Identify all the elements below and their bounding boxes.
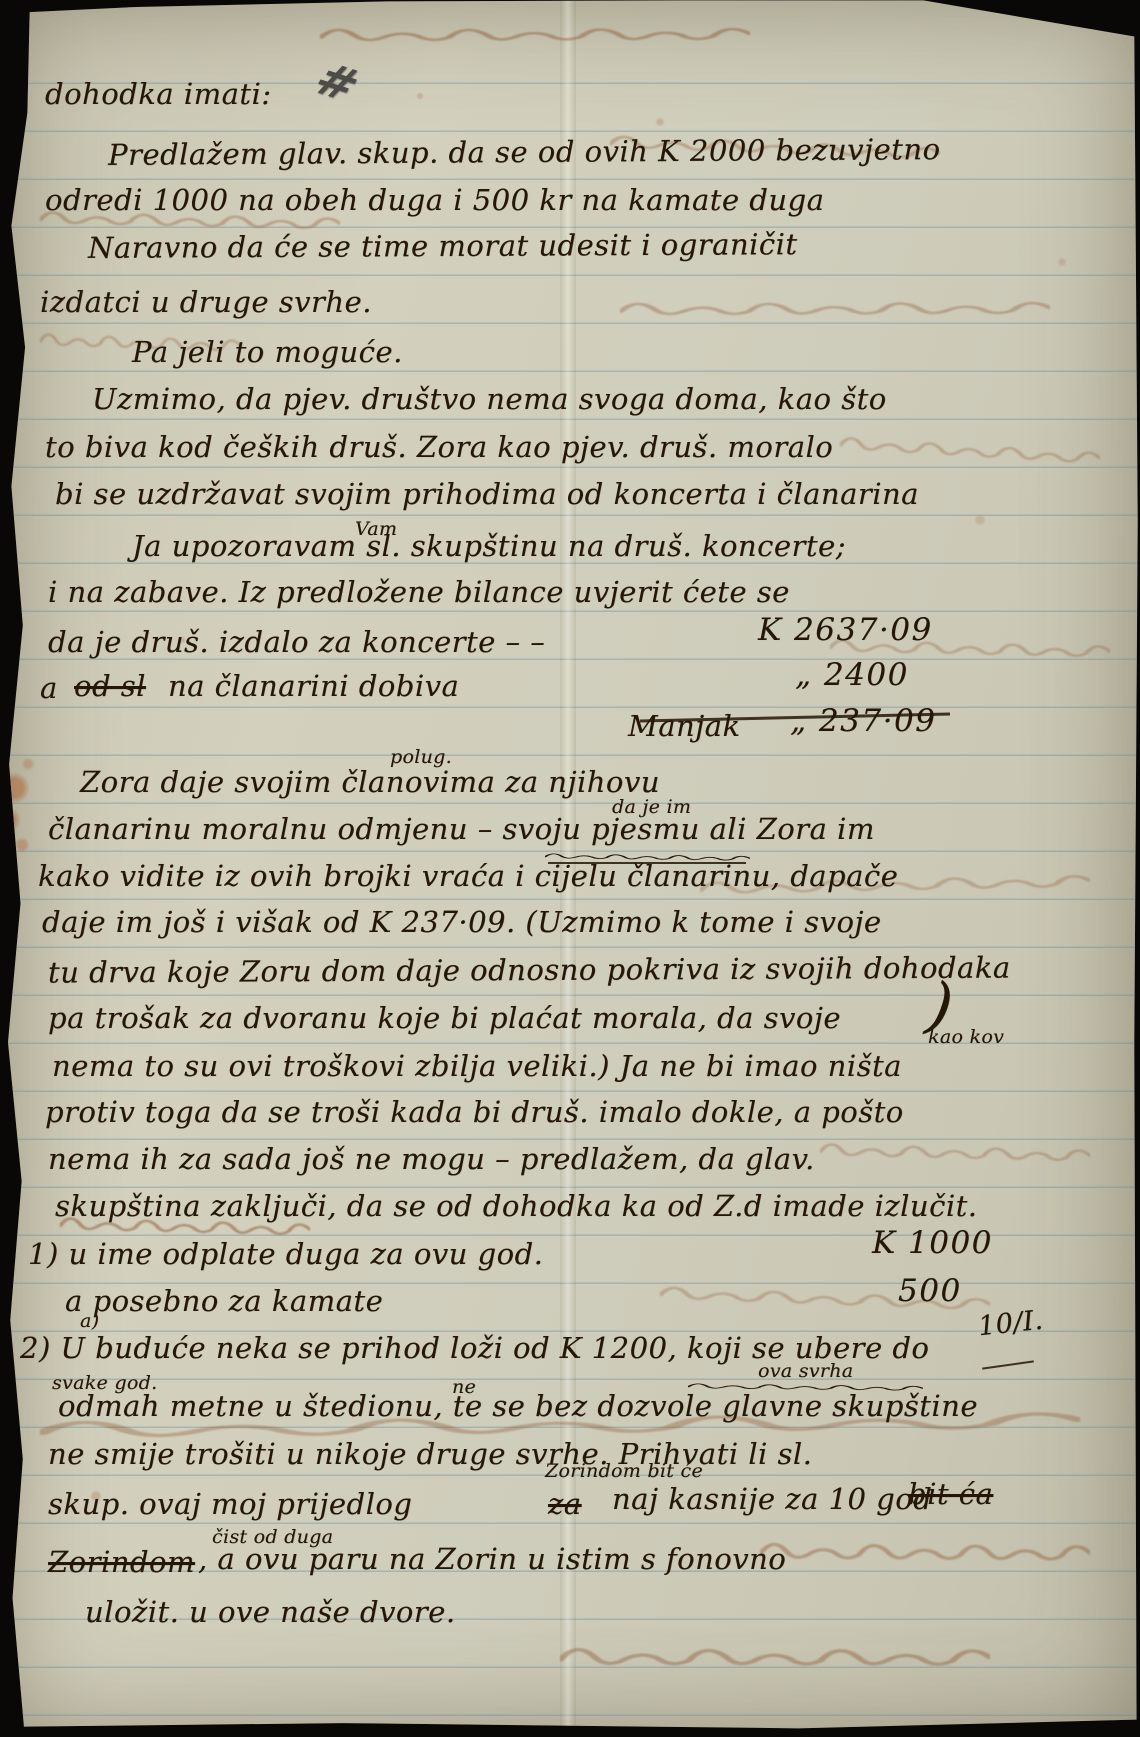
handwritten-line: a posebno za kamate	[65, 1287, 383, 1316]
handwritten-line: bi se uzdržavat svojim prihodima od konc…	[55, 480, 919, 509]
struck-word: Zorindom	[48, 1548, 195, 1577]
insertion-vam: Vam	[355, 520, 397, 539]
handwritten-line: skupština zaključi, da se od dohodka ka …	[55, 1192, 977, 1221]
handwritten-line: nema to su ovi troškovi zbilja veliki.) …	[52, 1052, 902, 1081]
handwritten-line: 2) U buduće neka se prihod loži od K 120…	[20, 1334, 929, 1363]
struck-word: za	[548, 1490, 582, 1519]
amount-rok: 10/I.	[977, 1307, 1045, 1341]
struck-word: od sl	[74, 672, 146, 701]
handwritten-line: Naravno da će se time morat udesit i ogr…	[88, 230, 798, 263]
amount-kamate: 500	[898, 1276, 962, 1307]
handwritten-line: to biva kod čeških druš. Zora kao pjev. …	[45, 433, 833, 462]
handwritten-line: da je druš. izdalo za koncerte – –	[48, 628, 545, 657]
handwritten-line: Pa jeli to moguće.	[132, 338, 403, 367]
handwritten-line: Ja upozoravam sl. skupštinu na druš. kon…	[132, 532, 846, 561]
handwritten-line: skup. ovaj moj prijedlog	[48, 1490, 412, 1519]
handwritten-line: protiv toga da se troši kada bi druš. im…	[45, 1098, 904, 1127]
handwriting-layer: dohodka imati: # Predlažem glav. skup. d…	[0, 0, 1140, 1737]
insertion-ova-svrha: ova svrha	[758, 1362, 853, 1381]
handwritten-line: Uzmimo, da pjev. društvo nema svoga doma…	[92, 385, 887, 414]
handwritten-line: Zora daje svojim članovima za njihovu	[80, 768, 660, 797]
handwritten-line: odredi 1000 na obeh duga i 500 kr na kam…	[45, 186, 824, 215]
underline-mark	[982, 1360, 1034, 1369]
handwritten-line: članarinu moralnu odmjenu – svoju pjesmu…	[48, 815, 875, 844]
handwritten-line: uložit. u ove naše dvore.	[85, 1598, 456, 1627]
amount-clanarina: „ 2400	[795, 660, 909, 691]
handwritten-line: kako vidite iz ovih brojki vraća i cijel…	[38, 862, 898, 891]
scanned-manuscript: dohodka imati: # Predlažem glav. skup. d…	[0, 0, 1140, 1737]
handwritten-line: naj kasnije za 10 god	[612, 1485, 932, 1514]
handwritten-line: tu drva koje Zoru dom daje odnosno pokri…	[48, 953, 1011, 987]
amount-manjak-label: Manjak	[628, 712, 741, 741]
insertion-kao-kov: kao kov	[928, 1028, 1004, 1047]
handwritten-line: Predlažem glav. skup. da se od ovih K 20…	[108, 135, 941, 170]
amount-otplata: K 1000	[872, 1228, 993, 1259]
insertion-zorin-dom-bit-ce: Zorindom bit će	[545, 1462, 703, 1481]
handwritten-line: nema ih za sada još ne mogu – predlažem,…	[48, 1145, 815, 1174]
struck-word: bit ća	[908, 1480, 993, 1509]
handwritten-line: daje im još i višak od K 237·09. (Uzmimo…	[42, 908, 882, 937]
handwritten-line: a	[40, 674, 58, 703]
handwritten-line: odmah metne u štedionu, te se bez dozvol…	[58, 1392, 978, 1421]
handwritten-line: 1) u ime odplate duga za ovu god.	[28, 1240, 543, 1269]
handwritten-line: i na zabave. Iz predložene bilance uvjer…	[48, 578, 790, 607]
handwritten-line: na članarini dobiva	[168, 672, 459, 701]
handwritten-line: izdatci u druge svrhe.	[40, 288, 372, 317]
handwritten-line: pa trošak za dvoranu koje bi plaćat mora…	[48, 1004, 841, 1033]
pencil-cross-mark: #	[305, 52, 369, 112]
insertion-a-mark: a)	[80, 1312, 99, 1331]
handwritten-line: , a ovu paru na Zorin u istim s fonovno	[198, 1545, 786, 1574]
amount-manjak-value: „ 237·09	[790, 706, 936, 737]
handwritten-line: dohodka imati:	[45, 80, 272, 109]
amount-koncerti: K 2637·09	[758, 615, 933, 646]
